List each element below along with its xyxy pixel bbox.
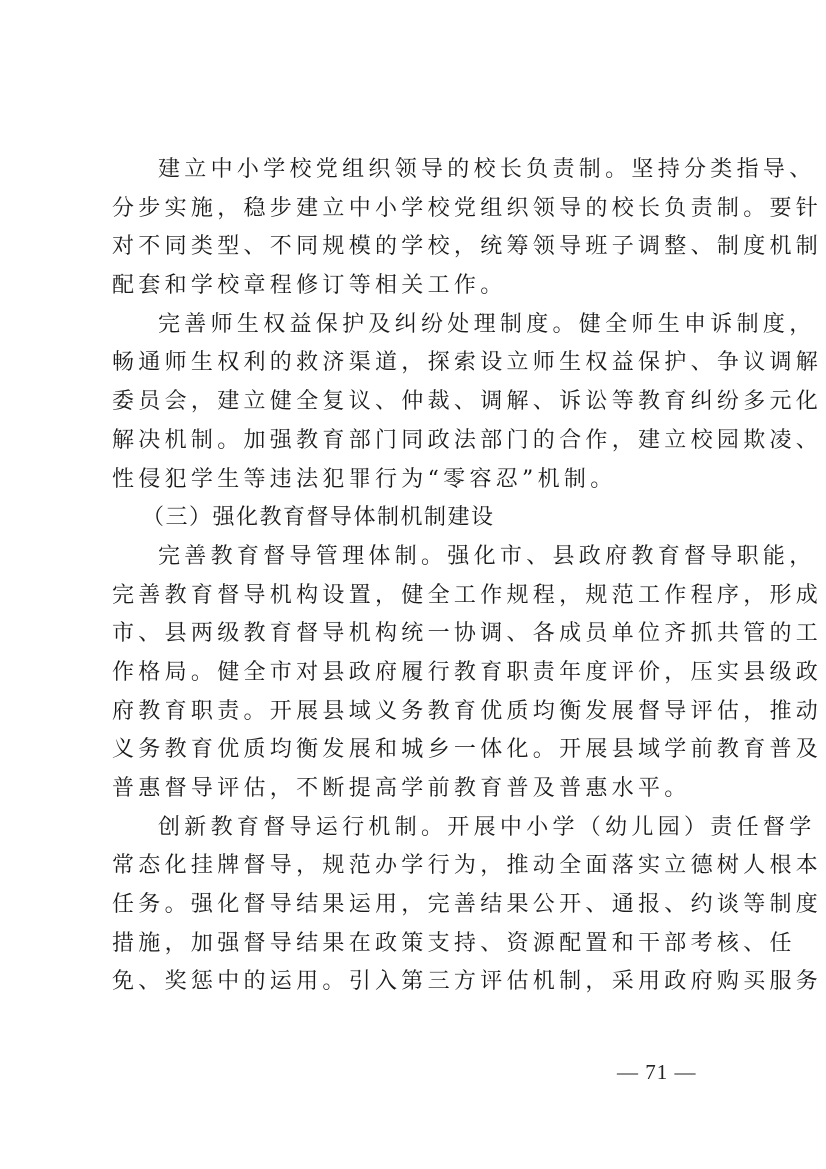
paragraph-rights-protection: 完善师生权益保护及纠纷处理制度。健全师生申诉制度， 畅通师生权利的救济渠道，探索… [112, 306, 720, 499]
text-line: 完善师生权益保护及纠纷处理制度。健全师生申诉制度， [112, 306, 720, 345]
section-heading: （三）强化教育督导体制机制建设 [112, 499, 720, 538]
text-line: 作格局。健全市对县政府履行教育职责年度评价，压实县级政 [112, 654, 720, 693]
text-line: 对不同类型、不同规模的学校，统筹领导班子调整、制度机制 [112, 228, 720, 267]
text-line: 常态化挂牌督导，规范办学行为，推动全面落实立德树人根本 [112, 847, 720, 886]
paragraph-supervision-operation: 创新教育督导运行机制。开展中小学（幼儿园）责任督学 常态化挂牌督导，规范办学行为… [112, 809, 720, 1002]
text-line: 创新教育督导运行机制。开展中小学（幼儿园）责任督学 [112, 809, 720, 848]
text-line: 措施，加强督导结果在政策支持、资源配置和干部考核、任 [112, 925, 720, 964]
text-line: 分步实施，稳步建立中小学校党组织领导的校长负责制。要针 [112, 190, 720, 229]
text-line: 免、奖惩中的运用。引入第三方评估机制，采用政府购买服务 [112, 963, 720, 1002]
text-line: 任务。强化督导结果运用，完善结果公开、通报、约谈等制度 [112, 886, 720, 925]
paragraph-principal-responsibility: 建立中小学校党组织领导的校长负责制。坚持分类指导、 分步实施，稳步建立中小学校党… [112, 151, 720, 306]
text-line: 府教育职责。开展县域义务教育优质均衡发展督导评估，推动 [112, 693, 720, 732]
text-line: 配套和学校章程修订等相关工作。 [112, 267, 720, 306]
text-line: 完善教育督导机构设置，健全工作规程，规范工作程序，形成 [112, 577, 720, 616]
document-page: 建立中小学校党组织领导的校长负责制。坚持分类指导、 分步实施，稳步建立中小学校党… [112, 151, 720, 1002]
text-line: 完善教育督导管理体制。强化市、县政府教育督导职能， [112, 538, 720, 577]
text-line: 解决机制。加强教育部门同政法部门的合作，建立校园欺凌、 [112, 422, 720, 461]
text-line: 市、县两级教育督导机构统一协调、各成员单位齐抓共管的工 [112, 615, 720, 654]
text-line: 性侵犯学生等违法犯罪行为“零容忍”机制。 [112, 461, 720, 500]
text-line: 义务教育优质均衡发展和城乡一体化。开展县域学前教育普及 [112, 731, 720, 770]
page-number: — 71 — [617, 1060, 697, 1085]
text-line: 建立中小学校党组织领导的校长负责制。坚持分类指导、 [112, 151, 720, 190]
paragraph-supervision-management: 完善教育督导管理体制。强化市、县政府教育督导职能， 完善教育督导机构设置，健全工… [112, 538, 720, 809]
text-line: 委员会，建立健全复议、仲裁、调解、诉讼等教育纠纷多元化 [112, 383, 720, 422]
text-line: 普惠督导评估，不断提高学前教育普及普惠水平。 [112, 770, 720, 809]
text-line: 畅通师生权利的救济渠道，探索设立师生权益保护、争议调解 [112, 344, 720, 383]
